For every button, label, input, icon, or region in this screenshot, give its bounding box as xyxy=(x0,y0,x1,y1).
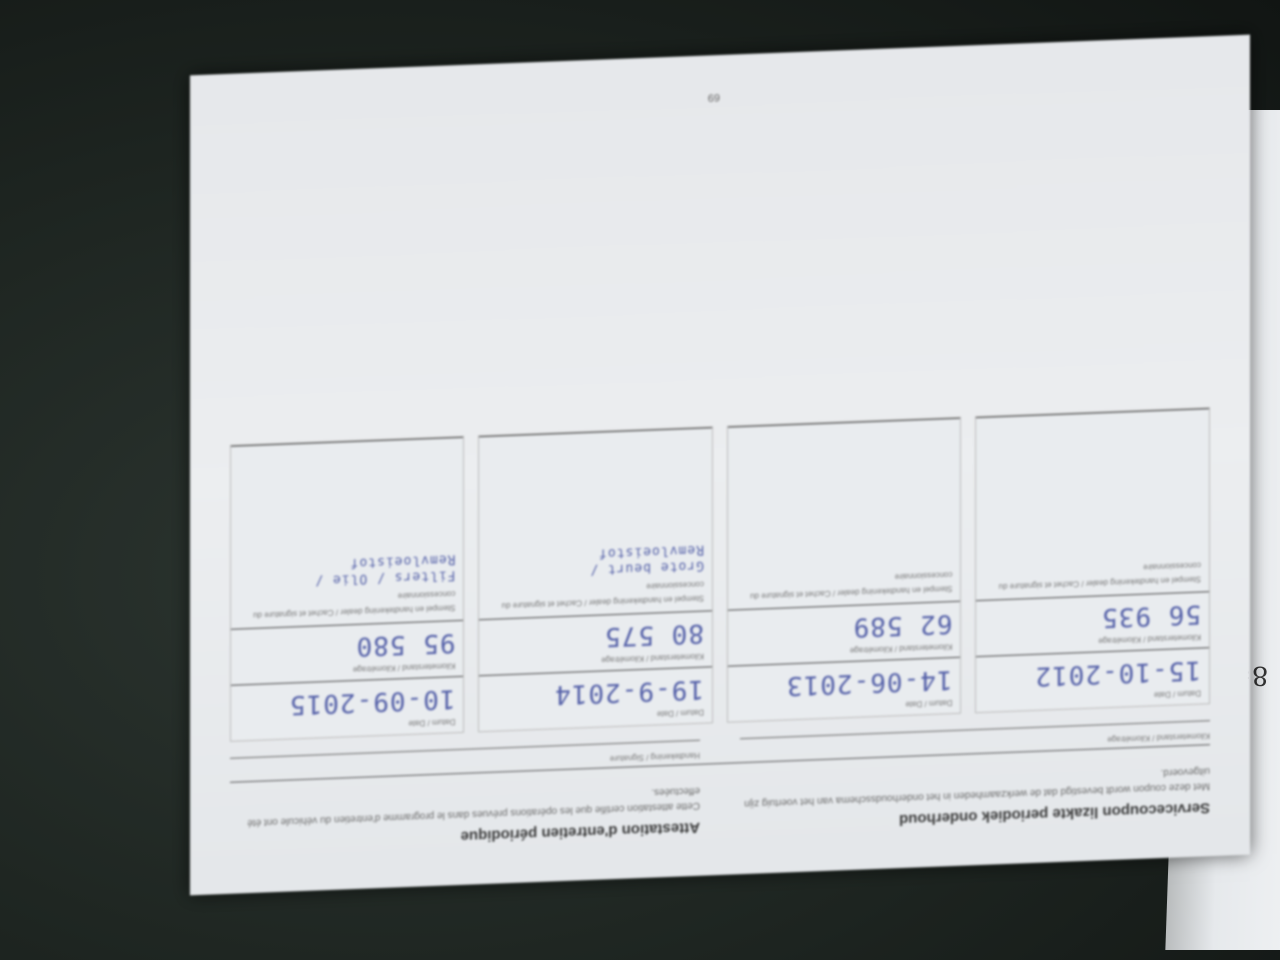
service-entry: Datum / Date 14-06-2013 Kilometerstand /… xyxy=(727,417,962,723)
signature-label: Handtekening / Signature xyxy=(230,740,700,778)
service-date: 15-10-2012 xyxy=(985,655,1202,693)
service-mileage: 62 589 xyxy=(736,608,953,646)
page-number: 69 xyxy=(708,91,720,103)
service-entry: Datum / Date 19-9-2014 Kilometerstand / … xyxy=(479,426,714,732)
service-entry: Datum / Date 10-09-2015 Kilometerstand /… xyxy=(230,436,465,742)
service-entry: Datum / Date 15-10-2012 Kilometerstand /… xyxy=(976,407,1211,713)
service-date: 14-06-2013 xyxy=(736,664,953,702)
service-note: Grote beurt / Remvloeistof xyxy=(488,541,705,581)
service-mileage: 56 935 xyxy=(985,599,1202,637)
mileage-holder-label: Kilometerstand / Kilométrage xyxy=(740,720,1210,758)
stamp-label: Stempel en handtekening dealer / Cachet … xyxy=(736,567,953,603)
service-note: Filters / Olie / Remvloeistof xyxy=(239,550,456,590)
stamp-label: Stempel en handtekening dealer / Cachet … xyxy=(985,558,1202,594)
stamp-label: Stempel en handtekening dealer / Cachet … xyxy=(488,577,705,613)
service-date: 10-09-2015 xyxy=(239,683,456,721)
booklet-page: Servicecoupon lizakte periodiek onderhou… xyxy=(190,35,1250,896)
service-entries: Datum / Date 15-10-2012 Kilometerstand /… xyxy=(230,407,1210,742)
stamp-label: Stempel en handtekening dealer / Cachet … xyxy=(239,586,456,622)
service-mileage: 80 575 xyxy=(488,618,705,656)
service-date: 19-9-2014 xyxy=(488,674,705,712)
service-mileage: 95 580 xyxy=(239,627,456,665)
